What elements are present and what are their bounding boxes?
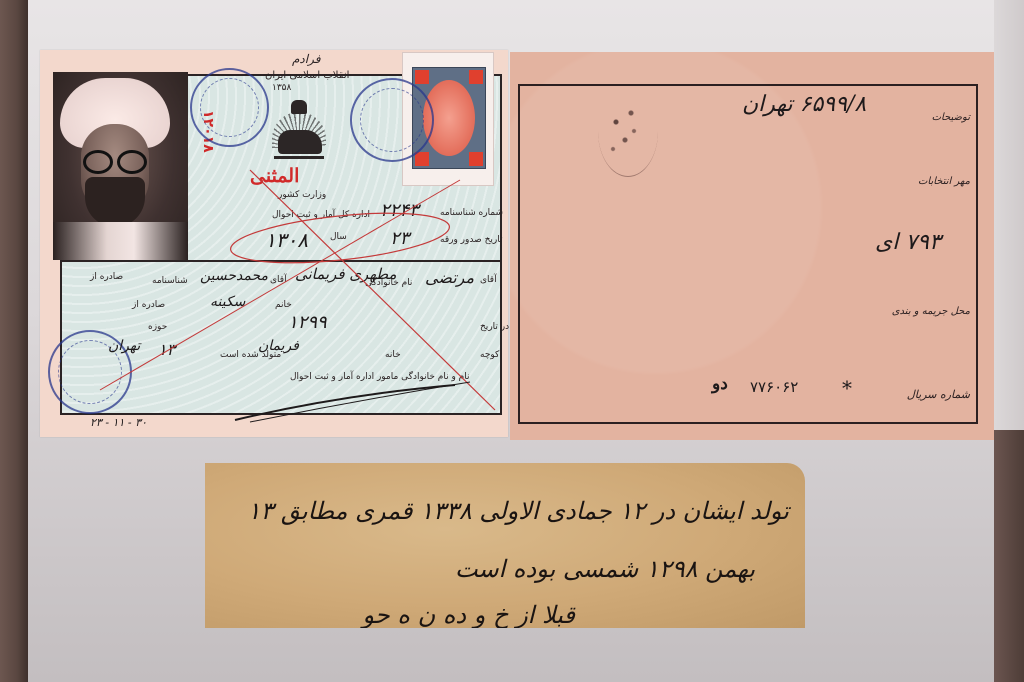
birth-year: ۱۲۹۹ xyxy=(288,312,327,333)
name-label: آقای xyxy=(480,275,497,285)
card-divider xyxy=(60,260,500,262)
election-value: ۷۹۳ ای xyxy=(875,230,941,255)
board-right-margin xyxy=(994,0,1024,430)
header-line: انقلاب اسلامی ایران xyxy=(265,70,349,81)
issue-date-label: تاریخ صدور ورقه xyxy=(440,235,503,245)
wall-left-edge xyxy=(0,0,28,682)
crown-icon xyxy=(291,100,307,114)
id-number-value: ۲۲۴۳ xyxy=(380,200,419,221)
explanations-label: توضیحات xyxy=(932,112,970,123)
issued-from-label-1: صادره از xyxy=(90,272,123,282)
robe xyxy=(53,222,188,260)
stamp-date: ۳۰ - ۱۱ - ۲۳ xyxy=(90,416,147,429)
office-label: اداره کل آمار و ثبت احوال xyxy=(272,210,370,220)
issue-year-label: سال xyxy=(330,232,347,242)
lion-icon xyxy=(278,130,322,154)
id-card-front: فرادم انقلاب اسلامی ایران ۱۳۵۸ المثنی وز… xyxy=(40,50,508,437)
street-label: کوچه xyxy=(480,350,499,360)
election-label: مهر انتخابات xyxy=(918,176,970,187)
district-label: حوزه xyxy=(148,322,167,332)
glasses-right xyxy=(117,150,147,174)
portrait-photo xyxy=(53,72,188,260)
lion-and-sun-emblem-icon xyxy=(268,100,330,162)
duplicate-title: المثنی xyxy=(250,165,299,187)
blue-seal-left xyxy=(190,68,269,147)
note-line-2: بهمن ۱۲۹۸ شمسی بوده است xyxy=(455,555,755,583)
beard xyxy=(85,177,145,227)
issue-year-value: ۱۳۰۸ xyxy=(265,228,308,252)
birth-date-label: در تاریخ xyxy=(480,322,509,332)
ministry-label: وزارت کشور xyxy=(278,190,326,200)
father-label: آقای xyxy=(270,275,287,285)
serial-suffix: دو xyxy=(712,374,728,394)
glasses-left xyxy=(83,150,113,174)
father-name: محمدحسین xyxy=(200,268,268,284)
id-number-label: شماره شناسنامه xyxy=(440,208,503,218)
note-line-3: قبلا از خ و ده ن ه حو xyxy=(363,601,575,628)
printed-year: ۱۳۵۸ xyxy=(272,83,291,93)
family-name: مطهری فریمانی xyxy=(295,265,397,283)
issue-day-value: ۲۳ xyxy=(390,228,409,249)
registrar-label: نام و نام خانوادگی مامور اداره آمار و ثب… xyxy=(290,372,470,382)
born-label: متولد شده است xyxy=(220,350,281,360)
serial-label: شماره سریال xyxy=(907,388,970,401)
note-line-1: تولد ایشان در ۱۲ جمادی الاولی ۱۳۳۸ قمری … xyxy=(248,497,789,525)
serial-number: ۷۷۶۰۶۲ xyxy=(750,378,798,396)
house-label: خانه xyxy=(385,350,401,360)
mother-label: خانم xyxy=(275,300,292,310)
explanations-value: ۶۵۹۹/۸ تهران xyxy=(742,92,866,117)
area-number: ۱۳ xyxy=(158,340,175,359)
serial-asterisk: * xyxy=(842,376,852,400)
ink-smudge xyxy=(598,86,658,177)
top-handwritten-note: فرادم xyxy=(292,52,320,66)
city: تهران xyxy=(108,338,140,354)
mother-name: سکینه xyxy=(210,294,245,310)
id-card-back: توضیحات ۶۵۹۹/۸ تهران مهر انتخابات ۷۹۳ ای… xyxy=(510,52,994,440)
blue-seal-right xyxy=(350,78,434,162)
handwritten-birth-note: تولد ایشان در ۱۲ جمادی الاولی ۱۳۳۸ قمری … xyxy=(205,463,805,628)
issued-from-label-2: صادره از xyxy=(132,300,165,310)
id-suffix-label: شناسنامه xyxy=(152,276,188,286)
first-name: مرتضی xyxy=(425,268,474,287)
registration-label: محل جریمه و بندی xyxy=(892,306,970,317)
